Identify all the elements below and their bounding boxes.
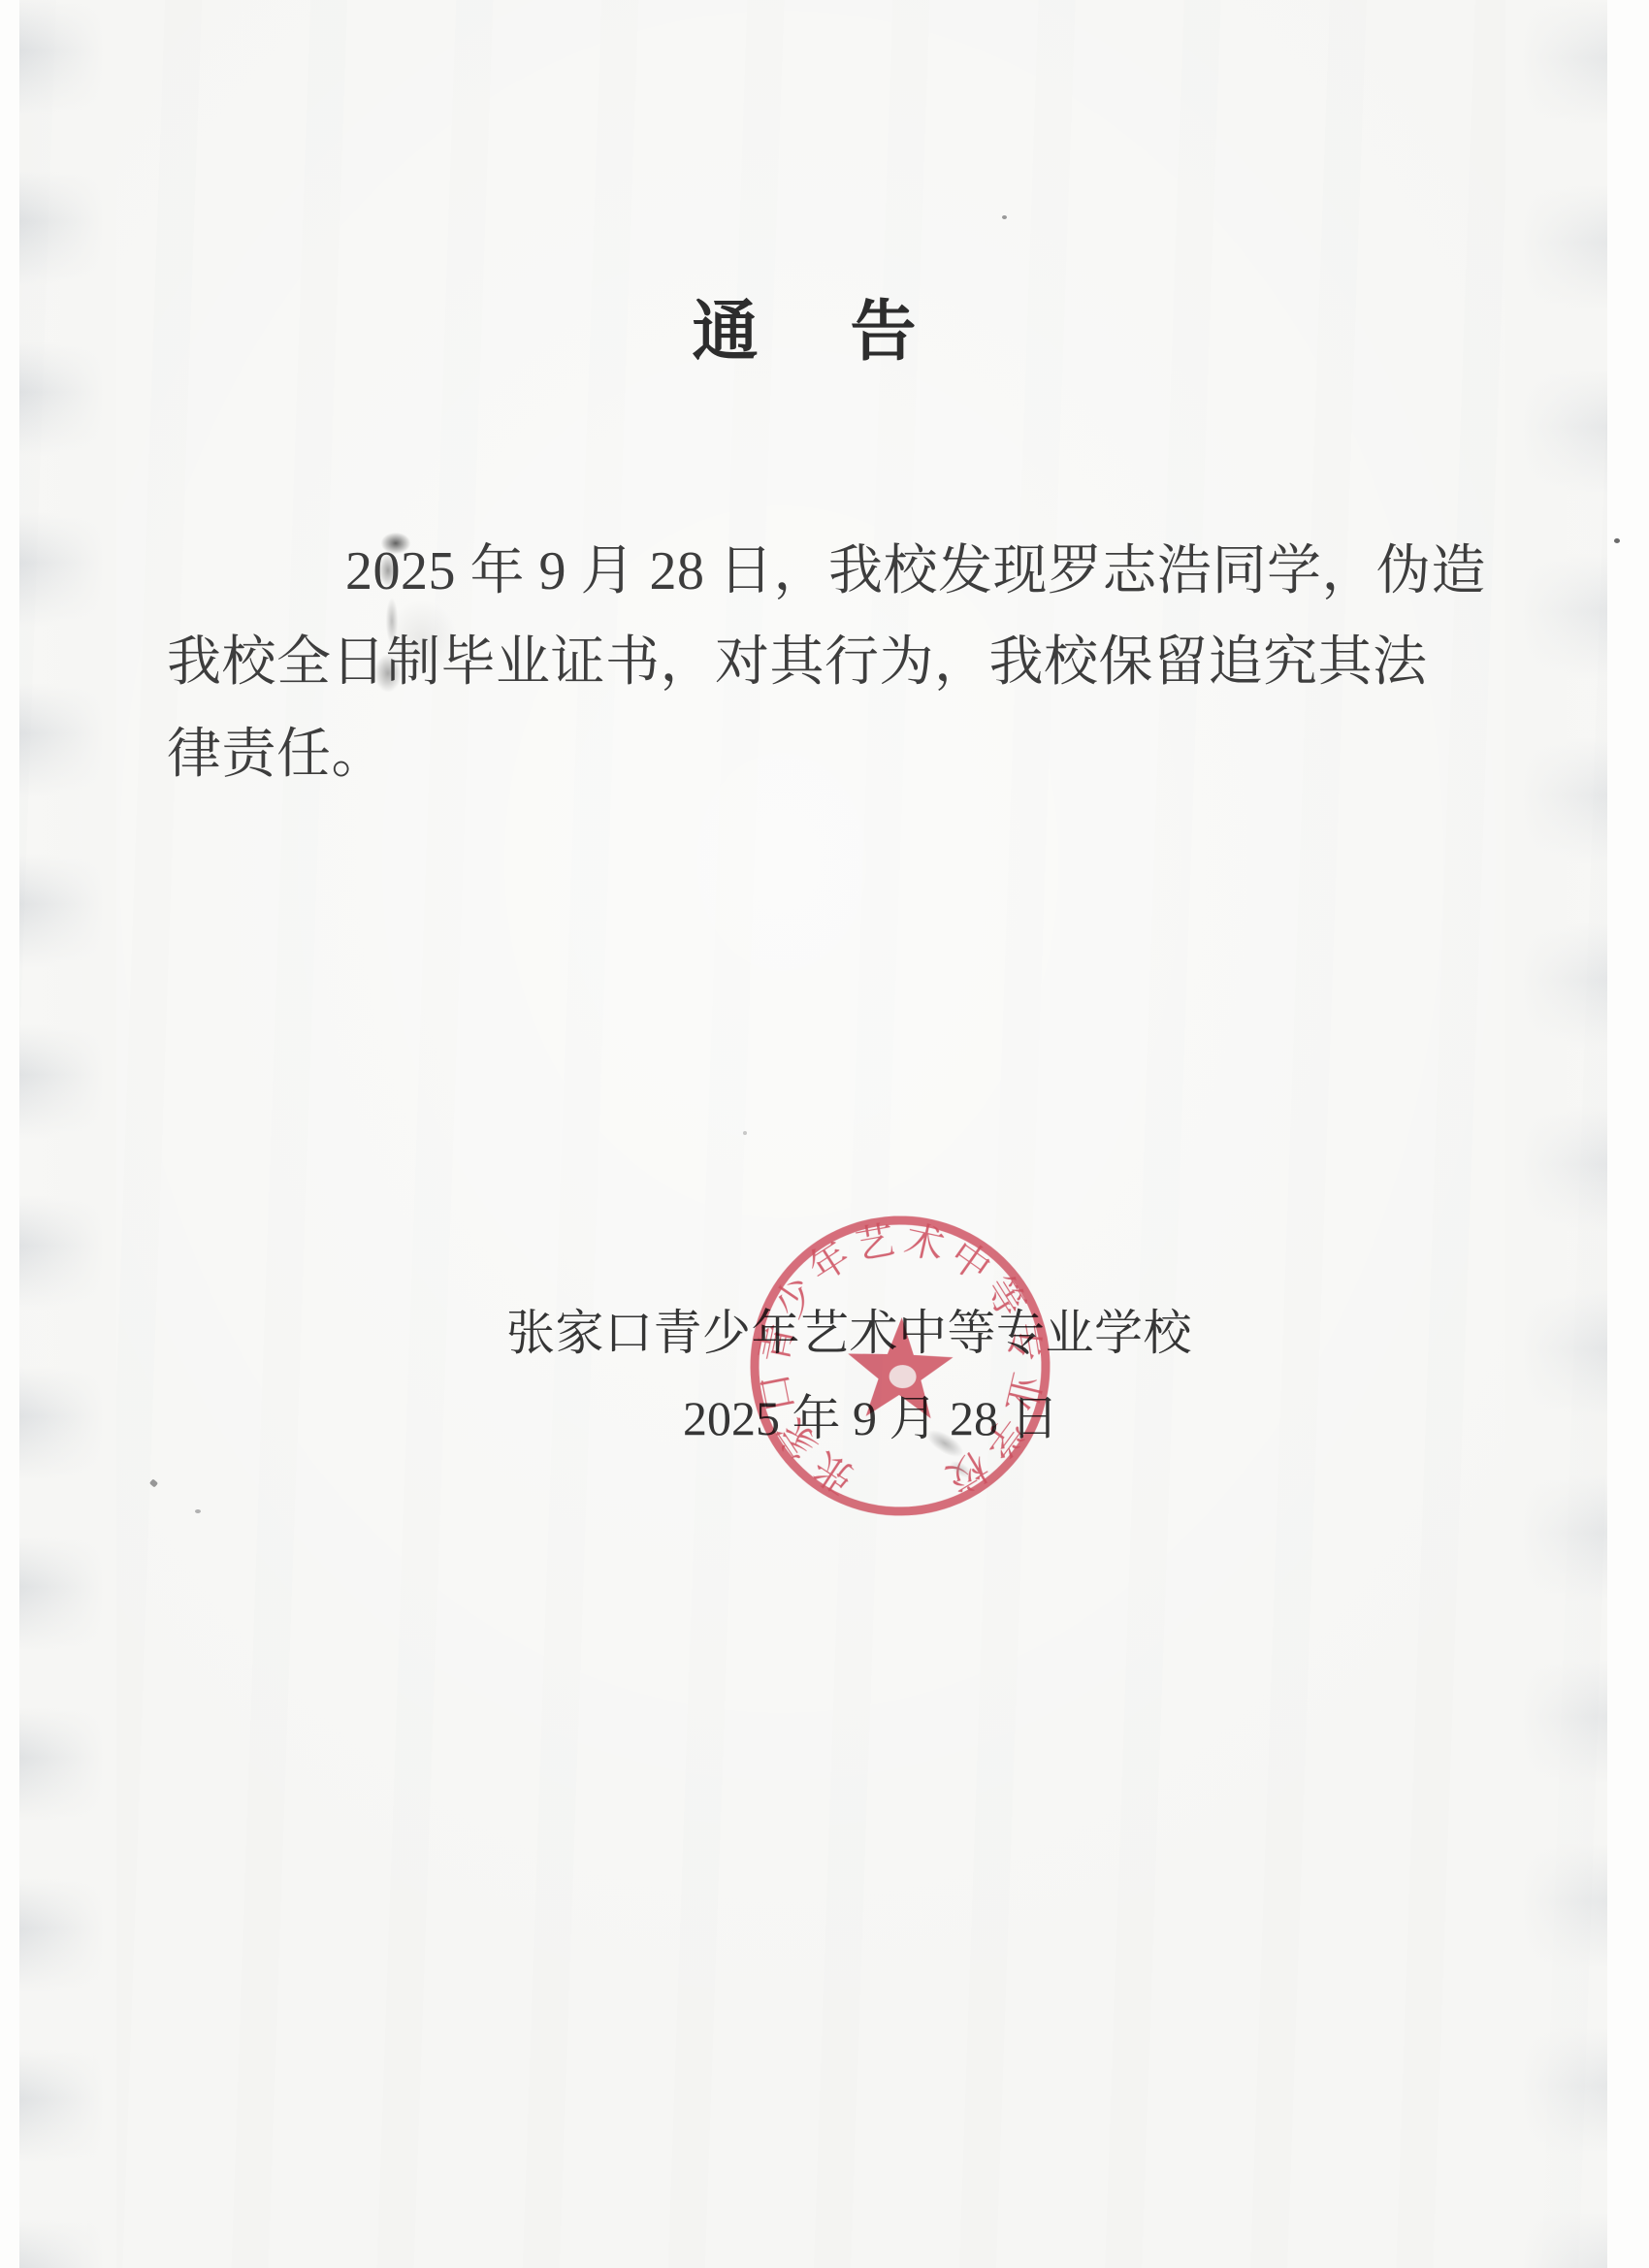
paper-speck (195, 1509, 201, 1513)
body-line-2: 我校全日制毕业证书，对其行为，我校保留追究其法 (167, 631, 1428, 695)
paper-speck (1614, 538, 1620, 543)
paper-speck (743, 1131, 747, 1135)
ink-stain (330, 502, 524, 735)
paper-speck (1002, 215, 1007, 219)
body-line-3: 律责任。 (167, 723, 386, 787)
page-title: 通 告 (19, 279, 1591, 373)
body-line-1: 2025 年 9 月 28 日，我校发现罗志浩同学，伪造 (345, 539, 1486, 603)
official-stamp: 张家口青少年艺术中等专业学校 (729, 1195, 1071, 1537)
